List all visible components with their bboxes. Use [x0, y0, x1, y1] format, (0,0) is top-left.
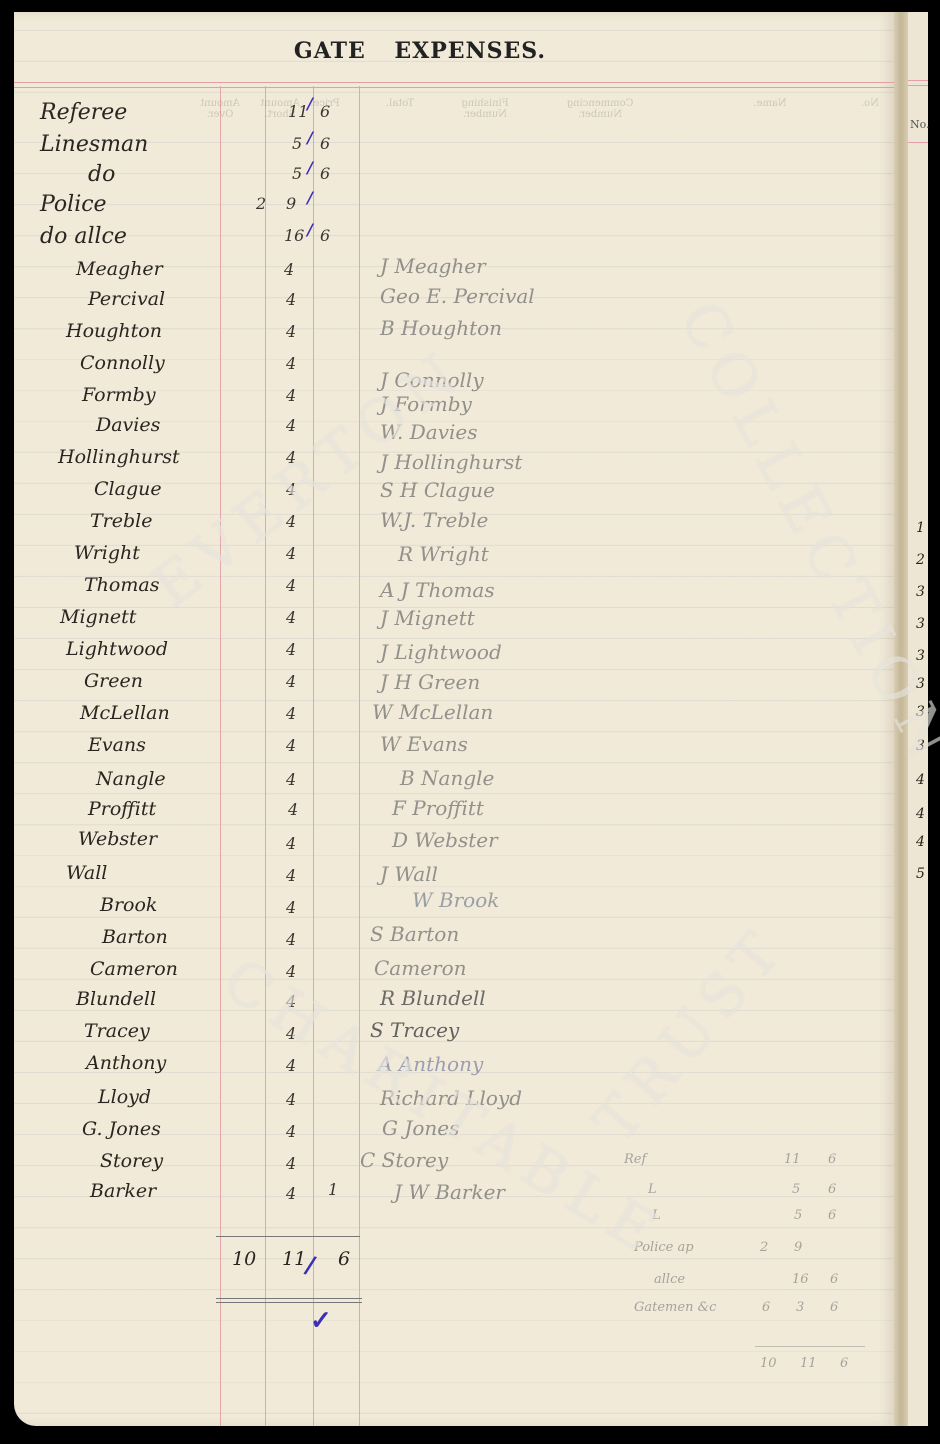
player-signature: S H Clague	[380, 478, 495, 502]
official-name: Police	[40, 192, 220, 217]
total-double-rule-2	[216, 1302, 362, 1303]
player-amount: 4	[286, 290, 296, 309]
player-signature: J Meagher	[380, 254, 486, 278]
player-extra-pence: 1	[328, 1180, 338, 1199]
player-amount: 4	[286, 416, 296, 435]
player-name: McLellan	[80, 702, 260, 724]
facing-number: 2	[916, 552, 925, 568]
bleed-header-finishing: Finishing Number.	[450, 98, 520, 120]
title-word-gate: GATE	[294, 38, 366, 64]
player-signature: A J Thomas	[380, 578, 495, 602]
player-name: Proffitt	[88, 798, 268, 820]
player-amount: 4	[286, 736, 296, 755]
official-name: do	[88, 162, 268, 187]
player-name: Barton	[102, 926, 282, 948]
facing-number: 5	[916, 866, 925, 882]
official-pence: 6	[320, 134, 330, 153]
check-tick-icon: /	[307, 220, 313, 239]
check-tick-icon: /	[307, 188, 313, 207]
pencil-pounds: 6	[762, 1300, 770, 1315]
player-amount: 4	[286, 1122, 296, 1141]
pencil-total-pence: 6	[840, 1356, 848, 1371]
pencil-shillings: 3	[796, 1300, 804, 1315]
pencil-label: L	[648, 1182, 657, 1197]
official-pence: 6	[320, 226, 330, 245]
check-tick-icon: /	[307, 158, 313, 177]
player-name: Formby	[82, 384, 262, 406]
official-name: Linesman	[40, 132, 220, 157]
pencil-pence: 6	[828, 1152, 836, 1167]
pencil-shillings: 9	[794, 1240, 802, 1255]
player-name: Hollinghurst	[58, 446, 238, 468]
facing-number: 4	[916, 834, 925, 850]
page-title: GATE EXPENSES.	[0, 38, 860, 64]
player-amount: 4	[286, 386, 296, 405]
player-signature: C Storey	[360, 1148, 448, 1172]
bleed-header-total: Total.	[370, 98, 430, 109]
pencil-label: Gatemen &c	[634, 1300, 716, 1315]
player-signature: W.J. Treble	[380, 508, 488, 532]
column-rule-3	[313, 86, 314, 1426]
column-rule-2	[265, 86, 266, 1426]
player-name: Nangle	[96, 768, 276, 790]
pencil-pounds: 2	[760, 1240, 768, 1255]
player-name: Wall	[66, 862, 246, 884]
player-signature: B Houghton	[380, 316, 502, 340]
player-amount: 4	[286, 1056, 296, 1075]
player-name: Brook	[100, 894, 280, 916]
player-amount: 4	[286, 1090, 296, 1109]
official-shillings: 5	[292, 134, 302, 153]
total-pence: 6	[338, 1248, 350, 1270]
facing-number: 1	[916, 520, 925, 536]
pencil-total-shillings: 11	[800, 1356, 817, 1371]
official-shillings: 5	[292, 164, 302, 183]
pencil-pence: 6	[830, 1300, 838, 1315]
player-signature: J Mignett	[380, 606, 475, 630]
player-amount: 4	[286, 1184, 296, 1203]
player-name: Webster	[78, 828, 258, 850]
player-amount: 4	[286, 898, 296, 917]
bleed-header-name: Name.	[740, 98, 800, 109]
player-name: Percival	[88, 288, 268, 310]
official-shillings: 9	[286, 194, 296, 213]
official-name: do allce	[40, 224, 220, 249]
title-word-expenses: EXPENSES.	[394, 38, 546, 64]
pencil-shillings: 5	[794, 1208, 802, 1223]
pencil-label: allce	[654, 1272, 685, 1287]
player-signature: Cameron	[374, 956, 467, 980]
check-tick-icon: /	[307, 128, 313, 147]
player-signature: B Nangle	[400, 766, 494, 790]
player-name: Lloyd	[98, 1086, 278, 1108]
player-amount: 4	[286, 704, 296, 723]
player-amount: 4	[286, 672, 296, 691]
facing-number: 4	[916, 772, 925, 788]
player-signature: J Hollinghurst	[380, 450, 522, 474]
player-signature: S Barton	[370, 922, 459, 946]
pencil-label: Ref	[624, 1152, 646, 1167]
player-amount: 4	[286, 322, 296, 341]
facing-header-rule	[908, 80, 928, 86]
player-signature: J H Green	[380, 670, 480, 694]
player-amount: 4	[286, 354, 296, 373]
player-name: Houghton	[66, 320, 246, 342]
player-amount: 4	[286, 1154, 296, 1173]
total-shillings: 11	[282, 1248, 306, 1270]
pencil-shillings: 16	[792, 1272, 809, 1287]
player-amount: 4	[286, 930, 296, 949]
player-name: Anthony	[86, 1052, 266, 1074]
facing-header-rule-lower	[908, 142, 928, 143]
header-double-rule	[14, 82, 894, 88]
player-signature: W Brook	[412, 888, 499, 912]
player-signature: D Webster	[392, 828, 498, 852]
player-signature: R Blundell	[380, 986, 486, 1010]
official-shillings: 16	[284, 226, 304, 245]
verified-check-icon: ✓	[310, 1306, 332, 1336]
total-double-rule-1	[216, 1298, 362, 1299]
player-amount: 4	[286, 544, 296, 563]
pencil-pence: 6	[830, 1272, 838, 1287]
player-amount: 4	[286, 640, 296, 659]
total-pounds: 10	[232, 1248, 256, 1270]
column-rule-4	[359, 86, 360, 1426]
player-name: Storey	[100, 1150, 280, 1172]
player-name: Mignett	[60, 606, 240, 628]
facing-number: 4	[916, 806, 925, 822]
player-signature: J Lightwood	[380, 640, 502, 664]
player-name: Tracey	[84, 1020, 264, 1042]
bleed-header-no: No.	[855, 98, 885, 109]
player-signature: Geo E. Percival	[380, 284, 535, 308]
check-tick-icon: /	[307, 94, 313, 113]
column-rule-1	[220, 86, 221, 1426]
pencil-total-pounds: 10	[760, 1356, 777, 1371]
player-signature: J W Barker	[394, 1180, 505, 1204]
pencil-shillings: 11	[784, 1152, 801, 1167]
player-amount: 4	[286, 866, 296, 885]
player-signature: W Evans	[380, 732, 468, 756]
player-name: Davies	[96, 414, 276, 436]
player-signature: R Wright	[398, 542, 489, 566]
player-signature: W McLellan	[372, 700, 493, 724]
official-pence: 6	[320, 102, 330, 121]
official-pounds: 2	[256, 194, 266, 213]
player-name: Meagher	[76, 258, 256, 280]
pencil-shillings: 5	[792, 1182, 800, 1197]
facing-page-no-header: No.	[910, 118, 930, 131]
player-amount: 4	[284, 260, 294, 279]
facing-number: 3	[916, 616, 925, 632]
player-name: G. Jones	[82, 1118, 262, 1140]
pencil-pence: 6	[828, 1182, 836, 1197]
player-name: Barker	[90, 1180, 270, 1202]
player-amount: 4	[286, 834, 296, 853]
bleed-header-commencing: Commencing Number.	[560, 98, 640, 120]
official-name: Referee	[40, 100, 220, 125]
player-name: Lightwood	[66, 638, 246, 660]
player-amount: 4	[286, 608, 296, 627]
player-signature: F Proffitt	[392, 796, 484, 820]
official-pence: 6	[320, 164, 330, 183]
player-amount: 4	[288, 800, 298, 819]
player-amount: 4	[286, 576, 296, 595]
player-amount: 4	[286, 770, 296, 789]
player-name: Connolly	[80, 352, 260, 374]
player-name: Evans	[88, 734, 268, 756]
player-name: Green	[84, 670, 264, 692]
pencil-total-rule	[755, 1346, 865, 1347]
total-rule-top	[216, 1236, 360, 1237]
pencil-pence: 6	[828, 1208, 836, 1223]
official-shillings: 11	[288, 102, 308, 121]
player-signature: J Wall	[380, 862, 438, 886]
facing-number: 3	[916, 584, 925, 600]
